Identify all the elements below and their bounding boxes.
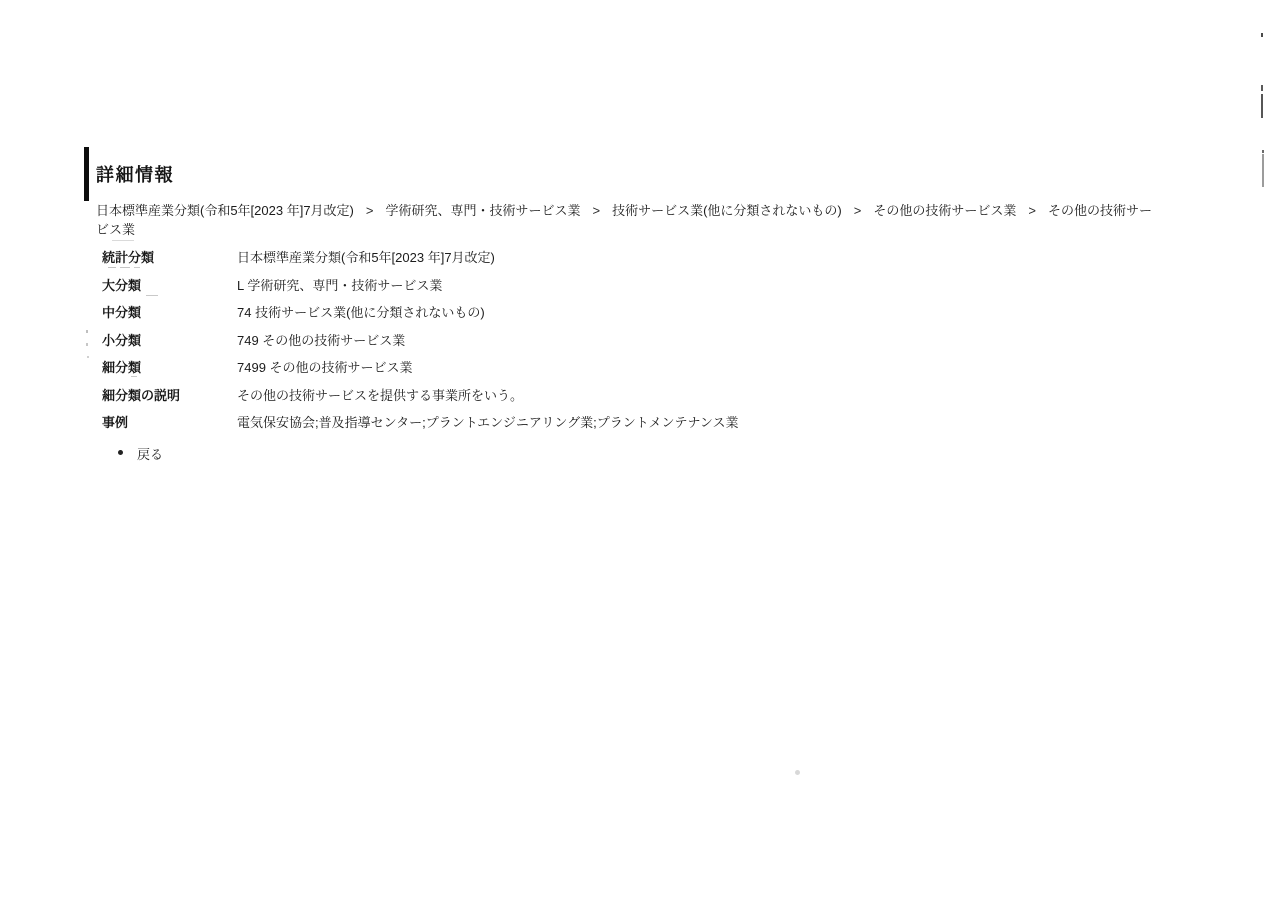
breadcrumb-item-middle-division[interactable]: 技術サービス業(他に分類されないもの): [612, 203, 842, 218]
table-row-statistical-classification: 統計分類 日本標準産業分類(令和5年[2023 年]7月改定): [102, 247, 739, 275]
breadcrumb-item-major-division[interactable]: 学術研究、専門・技術サービス業: [385, 203, 580, 218]
page: { "page": { "title": "詳細情報" }, "breadcru…: [0, 0, 1280, 903]
table-row-minor-division: 小分類 749 その他の技術サービス業: [102, 330, 739, 358]
table-row-examples: 事例 電気保安協会;普及指導センター;プラントエンジニアリング業;プラントメンテ…: [102, 412, 739, 440]
scan-artifact: [1261, 94, 1263, 118]
scan-artifact: [86, 330, 88, 333]
scan-artifact: [87, 356, 89, 358]
row-value: L 学術研究、専門・技術サービス業: [237, 275, 442, 294]
row-label: 小分類: [102, 330, 237, 349]
breadcrumb-separator: >: [1028, 202, 1036, 221]
back-list: 戻る: [104, 444, 163, 463]
row-label: 大分類: [102, 275, 237, 294]
row-value: 電気保安協会;普及指導センター;プラントエンジニアリング業;プラントメンテナンス…: [237, 412, 739, 431]
scan-artifact: [1262, 150, 1264, 153]
row-label: 細分類の説明: [102, 385, 237, 404]
scan-artifact: [1261, 85, 1263, 91]
row-value: 7499 その他の技術サービス業: [237, 357, 413, 376]
row-value: 74 技術サービス業(他に分類されないもの): [237, 302, 485, 321]
breadcrumb-item-classification[interactable]: 日本標準産業分類(令和5年[2023 年]7月改定): [96, 203, 354, 218]
row-label: 細分類: [102, 357, 237, 376]
row-label: 統計分類: [102, 247, 237, 266]
breadcrumb-separator: >: [592, 202, 600, 221]
row-value: 日本標準産業分類(令和5年[2023 年]7月改定): [237, 247, 495, 266]
breadcrumb-separator: >: [366, 202, 374, 221]
table-row-major-division: 大分類 L 学術研究、専門・技術サービス業: [102, 275, 739, 303]
table-row-description: 細分類の説明 その他の技術サービスを提供する事業所をいう。: [102, 385, 739, 413]
scan-artifact: [795, 770, 800, 775]
scan-artifact: [86, 343, 88, 346]
table-row-middle-division: 中分類 74 技術サービス業(他に分類されないもの): [102, 302, 739, 330]
row-label: 事例: [102, 412, 237, 431]
back-list-item: 戻る: [104, 444, 163, 463]
scan-artifact: [1262, 154, 1264, 187]
row-value: 749 その他の技術サービス業: [237, 330, 405, 349]
back-link[interactable]: 戻る: [137, 447, 163, 462]
row-value: その他の技術サービスを提供する事業所をいう。: [237, 385, 523, 404]
breadcrumb: 日本標準産業分類(令和5年[2023 年]7月改定)>学術研究、専門・技術サービ…: [96, 202, 1152, 239]
row-label: 中分類: [102, 302, 237, 321]
scan-artifact: [1261, 33, 1263, 37]
title-accent-bar: [84, 147, 89, 201]
page-title: 詳細情報: [96, 161, 174, 187]
table-row-detailed-division: 細分類 7499 その他の技術サービス業: [102, 357, 739, 385]
scan-artifact: [112, 240, 134, 241]
breadcrumb-item-minor-division[interactable]: その他の技術サービス業: [873, 203, 1016, 218]
breadcrumb-separator: >: [854, 202, 862, 221]
details-table: 統計分類 日本標準産業分類(令和5年[2023 年]7月改定) 大分類 L 学術…: [102, 247, 739, 440]
